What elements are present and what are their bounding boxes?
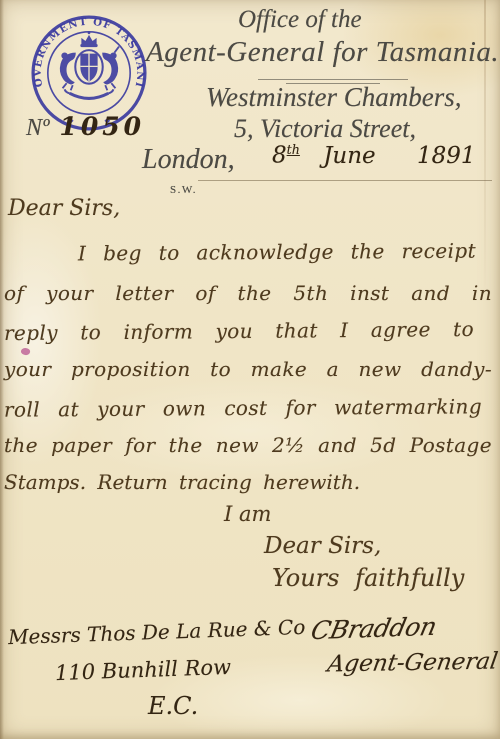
signature-role: Agent-General: [326, 649, 500, 678]
closing-i-am: I am: [224, 502, 271, 526]
date-year: 1891: [417, 143, 476, 169]
letterhead-chambers-line: Westminster Chambers,: [206, 82, 462, 113]
addressee-name: Messrs Thos De La Rue & Co: [8, 615, 306, 649]
addressee-street: 110 Bunhill Row: [55, 655, 232, 685]
body-line: Stamps. Return tracing herewith.: [4, 470, 360, 494]
body-line: your proposition to make a new dandy-: [4, 357, 492, 381]
letterhead-office-line: Office of the: [238, 6, 362, 34]
signature: CBraddon: [308, 612, 439, 645]
letter-page: GOVERNMENT OF TASMANIA: [0, 0, 500, 739]
letterhead-district: S.W.: [170, 184, 197, 196]
date-day-suffix: th: [287, 142, 300, 157]
body-line: roll at your own cost for watermarking: [4, 394, 482, 421]
reference-label: Nº: [26, 115, 49, 141]
reference-number: 1050: [59, 112, 145, 141]
reference-number-block: Nº 1050: [26, 112, 145, 142]
date-month: June: [323, 143, 375, 169]
addressee-district: E.C.: [148, 692, 198, 720]
body-line: the paper for the new 2½ and 5d Postage: [4, 433, 492, 457]
salutation: Dear Sirs,: [8, 196, 120, 221]
date-underline: [198, 180, 492, 181]
date-handwritten: 8th June 1891: [272, 142, 476, 169]
body-line: of your letter of the 5th inst and in: [4, 281, 492, 305]
date-day: 8: [272, 143, 287, 169]
letterhead-street-line: 5, Victoria Street,: [234, 114, 416, 144]
letterhead-city: London,: [142, 144, 235, 176]
pink-ink-mark: [20, 347, 31, 356]
closing-yours-faithfully: Yours faithfully: [272, 564, 464, 592]
letterhead-flourish-line: [258, 79, 408, 80]
letterhead-agent-line: Agent-General for Tasmania.: [146, 36, 499, 69]
body-line: I beg to acknowledge the receipt: [78, 239, 476, 266]
coat-of-arms-icon: [60, 32, 119, 124]
closing-dear-sirs: Dear Sirs,: [264, 533, 381, 559]
body-line: reply to inform you that I agree to: [4, 317, 474, 345]
